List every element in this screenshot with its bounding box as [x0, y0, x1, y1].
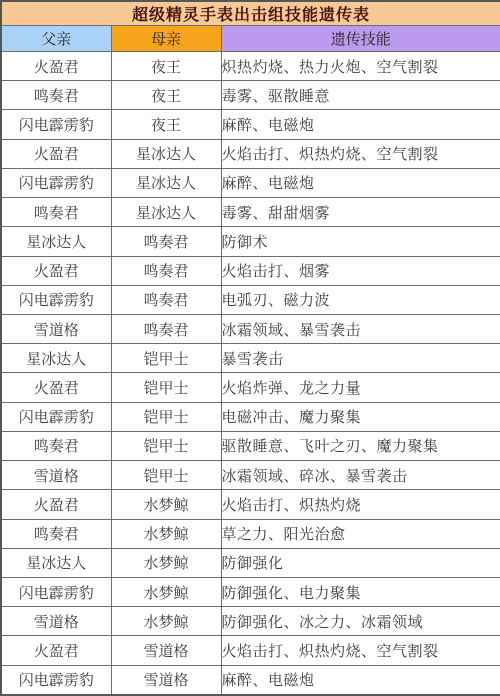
cell-skills: 毒雾、驱散睡意 [221, 81, 500, 110]
cell-mother: 雪道格 [111, 665, 221, 695]
cell-father: 火盈君 [1, 52, 111, 81]
column-header-row: 父亲母亲遗传技能 [1, 26, 500, 52]
cell-skills: 驱散睡意、飞叶之刃、魔力聚集 [221, 431, 500, 460]
cell-mother: 水梦鲸 [111, 548, 221, 577]
cell-mother: 铠甲士 [111, 402, 221, 431]
cell-father: 火盈君 [1, 256, 111, 285]
cell-skills: 防御强化、冰之力、冰霜领域 [221, 607, 500, 636]
cell-mother: 铠甲士 [111, 461, 221, 490]
cell-skills: 火焰击打、烟雾 [221, 256, 500, 285]
cell-skills: 电弧刃、磁力波 [221, 285, 500, 314]
cell-mother: 雪道格 [111, 636, 221, 665]
cell-father: 鸣奏君 [1, 81, 111, 110]
table-row: 闪电霹雳豹星冰达人麻醉、电磁炮 [1, 168, 500, 197]
cell-mother: 水梦鲸 [111, 607, 221, 636]
cell-mother: 水梦鲸 [111, 490, 221, 519]
cell-father: 鸣奏君 [1, 198, 111, 227]
table-row: 火盈君星冰达人火焰击打、炽热灼烧、空气割裂 [1, 139, 500, 168]
cell-father: 星冰达人 [1, 548, 111, 577]
table-body: 火盈君夜王炽热灼烧、热力火炮、空气割裂鸣奏君夜王毒雾、驱散睡意闪电霹雳豹夜王麻醉… [1, 52, 500, 696]
cell-mother: 星冰达人 [111, 168, 221, 197]
cell-skills: 防御强化 [221, 548, 500, 577]
cell-father: 闪电霹雳豹 [1, 168, 111, 197]
cell-father: 火盈君 [1, 139, 111, 168]
cell-skills: 电磁冲击、魔力聚集 [221, 402, 500, 431]
cell-skills: 炽热灼烧、热力火炮、空气割裂 [221, 52, 500, 81]
cell-skills: 麻醉、电磁炮 [221, 168, 500, 197]
table-row: 星冰达人鸣奏君防御术 [1, 227, 500, 256]
cell-skills: 麻醉、电磁炮 [221, 665, 500, 695]
table-row: 闪电霹雳豹夜王麻醉、电磁炮 [1, 110, 500, 139]
table-row: 闪电霹雳豹雪道格麻醉、电磁炮 [1, 665, 500, 695]
cell-father: 火盈君 [1, 373, 111, 402]
cell-father: 闪电霹雳豹 [1, 402, 111, 431]
table-row: 鸣奏君夜王毒雾、驱散睡意 [1, 81, 500, 110]
cell-father: 闪电霹雳豹 [1, 577, 111, 606]
cell-mother: 水梦鲸 [111, 577, 221, 606]
cell-skills: 火焰炸弹、龙之力量 [221, 373, 500, 402]
column-header-mother: 母亲 [111, 26, 221, 52]
cell-father: 闪电霹雳豹 [1, 285, 111, 314]
cell-mother: 鸣奏君 [111, 256, 221, 285]
cell-father: 雪道格 [1, 607, 111, 636]
cell-father: 星冰达人 [1, 227, 111, 256]
cell-father: 雪道格 [1, 461, 111, 490]
table-row: 闪电霹雳豹水梦鲸防御强化、电力聚集 [1, 577, 500, 606]
cell-father: 火盈君 [1, 636, 111, 665]
cell-skills: 防御术 [221, 227, 500, 256]
skill-inheritance-table: 超级精灵手表出击组技能遗传表 父亲母亲遗传技能 火盈君夜王炽热灼烧、热力火炮、空… [0, 0, 500, 696]
title-row: 超级精灵手表出击组技能遗传表 [1, 1, 500, 26]
cell-mother: 星冰达人 [111, 198, 221, 227]
cell-father: 雪道格 [1, 314, 111, 343]
table-row: 雪道格水梦鲸防御强化、冰之力、冰霜领域 [1, 607, 500, 636]
cell-skills: 草之力、阳光治愈 [221, 519, 500, 548]
page-title: 超级精灵手表出击组技能遗传表 [1, 1, 500, 26]
cell-mother: 夜王 [111, 52, 221, 81]
cell-father: 闪电霹雳豹 [1, 110, 111, 139]
cell-father: 闪电霹雳豹 [1, 665, 111, 695]
column-header-skills: 遗传技能 [221, 26, 500, 52]
cell-skills: 冰霜领域、碎冰、暴雪袭击 [221, 461, 500, 490]
cell-mother: 水梦鲸 [111, 519, 221, 548]
table-row: 火盈君夜王炽热灼烧、热力火炮、空气割裂 [1, 52, 500, 81]
cell-father: 火盈君 [1, 490, 111, 519]
cell-father: 鸣奏君 [1, 519, 111, 548]
table-row: 雪道格鸣奏君冰霜领域、暴雪袭击 [1, 314, 500, 343]
cell-father: 鸣奏君 [1, 431, 111, 460]
table-row: 鸣奏君水梦鲸草之力、阳光治愈 [1, 519, 500, 548]
cell-skills: 火焰击打、炽热灼烧、空气割裂 [221, 139, 500, 168]
cell-mother: 鸣奏君 [111, 285, 221, 314]
cell-mother: 铠甲士 [111, 431, 221, 460]
cell-skills: 火焰击打、炽热灼烧、空气割裂 [221, 636, 500, 665]
column-header-father: 父亲 [1, 26, 111, 52]
cell-skills: 麻醉、电磁炮 [221, 110, 500, 139]
table-row: 鸣奏君铠甲士驱散睡意、飞叶之刃、魔力聚集 [1, 431, 500, 460]
cell-mother: 夜王 [111, 110, 221, 139]
cell-skills: 火焰击打、炽热灼烧 [221, 490, 500, 519]
table-row: 火盈君铠甲士火焰炸弹、龙之力量 [1, 373, 500, 402]
cell-mother: 星冰达人 [111, 139, 221, 168]
cell-mother: 鸣奏君 [111, 314, 221, 343]
table-row: 闪电霹雳豹鸣奏君电弧刃、磁力波 [1, 285, 500, 314]
cell-skills: 毒雾、甜甜烟雾 [221, 198, 500, 227]
cell-father: 星冰达人 [1, 344, 111, 373]
table-row: 鸣奏君星冰达人毒雾、甜甜烟雾 [1, 198, 500, 227]
cell-mother: 铠甲士 [111, 344, 221, 373]
cell-mother: 鸣奏君 [111, 227, 221, 256]
cell-skills: 冰霜领域、暴雪袭击 [221, 314, 500, 343]
table-row: 雪道格铠甲士冰霜领域、碎冰、暴雪袭击 [1, 461, 500, 490]
table-row: 星冰达人水梦鲸防御强化 [1, 548, 500, 577]
table-row: 火盈君水梦鲸火焰击打、炽热灼烧 [1, 490, 500, 519]
cell-skills: 防御强化、电力聚集 [221, 577, 500, 606]
table-row: 火盈君雪道格火焰击打、炽热灼烧、空气割裂 [1, 636, 500, 665]
table-row: 火盈君鸣奏君火焰击打、烟雾 [1, 256, 500, 285]
cell-mother: 铠甲士 [111, 373, 221, 402]
table-row: 闪电霹雳豹铠甲士电磁冲击、魔力聚集 [1, 402, 500, 431]
cell-mother: 夜王 [111, 81, 221, 110]
table-row: 星冰达人铠甲士暴雪袭击 [1, 344, 500, 373]
page: 超级精灵手表出击组技能遗传表 父亲母亲遗传技能 火盈君夜王炽热灼烧、热力火炮、空… [0, 0, 500, 696]
cell-skills: 暴雪袭击 [221, 344, 500, 373]
